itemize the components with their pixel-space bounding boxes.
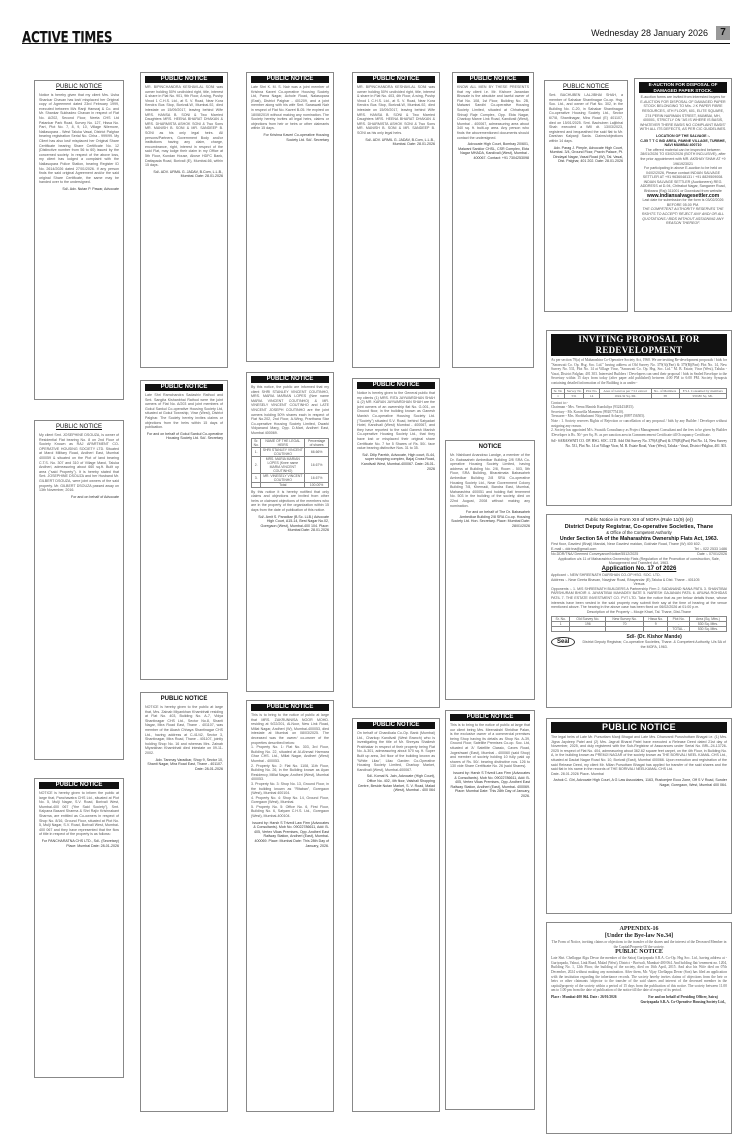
notice-signature: Sd/- ADV. URMIL G. JADAV, B.Com, L.L.B.,… <box>145 170 223 179</box>
notice-kishore-bhosale: PUBLIC NOTICE KNOW ALL MEN BY THESE PRES… <box>452 72 534 368</box>
notice-krishna-kaveri: PUBLIC NOTICE Late Shri K. M. S. Nair wa… <box>246 72 334 362</box>
salvage-location: C-55 T T C IND AREA, PAWNE VILLAGE, TURB… <box>639 139 727 148</box>
notice-body: E-auction forms are invited from interes… <box>639 95 727 132</box>
notice-lost-agreement: PUBLIC NOTICE Notice is hereby given tha… <box>34 80 124 400</box>
notice-body: Late Shri. Chellappa Algu Devar the memb… <box>551 956 727 993</box>
notice-body-continued: By this notice it is hereby notified tha… <box>251 490 329 513</box>
notice-body: KNOW ALL MEN BY THESE PRESENTS that my c… <box>457 85 529 140</box>
notice-body: Notice is hereby given to the General pu… <box>357 391 435 451</box>
notice-josephine-dsouza: PUBLIC NOTICE My client Smt. JOSEPHINE D… <box>34 420 124 760</box>
notice-white-lilac: PUBLIC NOTICE On behalf of Chandkala Co-… <box>352 718 440 1112</box>
notice-signature: Adv. Parag J. Pimple, Advocate High Cour… <box>549 146 623 164</box>
notice-signature: Ashok C. Giri, Advocate High Court, A G … <box>551 778 727 787</box>
e-auction-notice: E-AUCTION FOR DISPOSAL OF DAMAGED PAPER … <box>634 78 732 312</box>
notice-title: PUBLIC NOTICE <box>450 714 530 721</box>
notice-signature: Sd/- Dilip Parekh, Advocate, High court,… <box>357 453 435 471</box>
notice-meenakshi-palan: PUBLIC NOTICE This is to bring to the no… <box>445 710 535 1110</box>
property-list: 1. Property No. 1: Flat No. 303, 3rd Flo… <box>251 745 329 819</box>
notice-body: Late Shri Ramchandra Sadashiv Rathod and… <box>145 393 223 430</box>
notice-body: Late Shri K. M. S. Nair was a joint memb… <box>251 85 329 131</box>
society-synopsis-table: Sr. No Survey No Plot No. Area of Land a… <box>551 388 727 399</box>
date-place: Date- 28.01.2026 Place- Mumbai <box>551 772 727 777</box>
inspection-info: The offered material can be inspected be… <box>639 148 727 166</box>
notice-body: By this notice, the public are informed … <box>251 385 329 436</box>
notice-title: PUBLIC NOTICE <box>551 949 727 956</box>
notice-title: PUBLIC NOTICE <box>551 722 727 733</box>
list-item: 2. Property No. 2: Flat No. 1108, 11th F… <box>251 764 329 782</box>
notice-body: MR. BIPINCHANDRA KESHAVLAL SONI was owne… <box>357 85 435 136</box>
table-header: Percentage of shares <box>305 438 329 447</box>
notice-signature: Adv. Tanmay Varadkar, Shop 9, Sector 10,… <box>145 758 223 772</box>
notice-body: My client Smt. JOSEPHINE DSOUZA, is owne… <box>39 433 119 493</box>
notice-zainab-khambhati: PUBLIC NOTICE NOTICE is hereby given to … <box>140 692 228 1112</box>
list-item: 4. Property No. 4: Shop No. 14, Ground F… <box>251 796 329 805</box>
notice-appendix-16-sairaj: APPENDIX-16 [Under the Bye-law No.34] Th… <box>546 922 732 1134</box>
notice-title: PUBLIC NOTICE <box>39 424 119 431</box>
notice-ganesh-manish-chs: PUBLIC NOTICE Notice is hereby given to … <box>352 378 440 708</box>
notice-title: PUBLIC NOTICE <box>549 84 623 91</box>
notice-title: PUBLIC NOTICE <box>357 382 435 389</box>
notice-title: PUBLIC NOTICE <box>145 76 223 83</box>
table-row: 1 531 14 1024.32 Sq. Mt. 38 950.80 Sq. M… <box>552 393 727 398</box>
notice-bachuben-shah: PUBLIC NOTICE Smt. BACHUBEN LALJIBHAI SH… <box>544 80 628 312</box>
notice-signature: Sd/- ADV. URMIL G. JADAV, B.Com, L.L.B.,… <box>357 138 435 147</box>
notice-title: PUBLIC NOTICE <box>251 376 329 383</box>
notice-body: This is to bring to the notice of public… <box>251 713 329 745</box>
notice-signature: For and on behalf of The Dr. Babasaheb A… <box>450 510 530 528</box>
notice-body: MR. BIPINCHANDRA KESHAVLAL SONI was owne… <box>145 85 223 168</box>
office-email: E-mail :- ddr.tna@gmail.com <box>551 547 596 552</box>
table-header: Sr. No. <box>252 438 261 447</box>
notice-coutinho-legal-heirs: PUBLIC NOTICE By this notice, the public… <box>246 372 334 692</box>
notice-title: PUBLIC NOTICE <box>39 84 119 91</box>
property-description: Description of the Property :- Mouje Kha… <box>551 610 727 615</box>
table-row: 3. MR. VINESELY VINCENT COUTINHO 16.67% <box>252 473 329 482</box>
property-table: Sr. No. Old Survey No. New Survey No. Hi… <box>551 616 727 632</box>
notice-gokul-sankul: PUBLIC NOTICE Late Shri Ramchandra Sadas… <box>140 380 228 680</box>
mofa-form-xiii-notice: Public Notice in Form XIII of MOFA (Rule… <box>546 514 732 708</box>
table-row: 1. SHRI STANLEY VINCENT COUTINHO 66.66% <box>252 447 329 456</box>
signatory-title: District Deputy Registrar, Co-operative … <box>581 640 727 649</box>
table-row: 2. MRS. MARIA MARIAN LOPES (Knee name MA… <box>252 456 329 473</box>
appendix-title: APPENDIX-16 <box>551 926 727 933</box>
masthead: ACTIVE TIMES Wednesday 28 January 2026 7 <box>22 28 730 44</box>
page-number: 7 <box>716 26 730 40</box>
notice-pancharatna-chs: PUBLIC NOTICE NOTICE is hereby given to … <box>34 778 124 1078</box>
notice-title: PUBLIC NOTICE <box>251 704 329 711</box>
note-2: 2. Society has appointed M/s. Swastik Co… <box>551 428 727 437</box>
notice-body: The legal heirs of Late Mr. Pursottam Ma… <box>551 735 727 772</box>
notice-title: PUBLIC NOTICE <box>357 722 435 729</box>
notice-title: E-AUCTION FOR DISPOSAL OF DAMAGED PAPER … <box>639 82 727 93</box>
submission-deadline: Last date for submission for the form is… <box>639 198 727 207</box>
issue-date: Wednesday 28 January 2026 <box>591 28 708 38</box>
notice-title: PUBLIC NOTICE <box>39 782 119 789</box>
notice-body: On behalf of Chandkala Co-Op. Bank (Mumb… <box>357 731 435 772</box>
notice-title: PUBLIC NOTICE <box>145 696 223 703</box>
appendix-subtitle: The Form of Notice, inviting claims or o… <box>551 940 727 949</box>
office-tel: Tel :- 022 2533 1486 <box>694 547 727 552</box>
notice-body: Smt. BACHUBEN LALJIBHAI SHAH, a member o… <box>549 93 623 144</box>
bye-law-reference: [Under the Bye-law No.34] <box>551 933 727 940</box>
notice-signature: For Krishna Kaveri Co-operative Housing … <box>251 133 329 142</box>
legal-heirs-table: Sr. No. NAME OF THE LEGAL HEIRS Percenta… <box>251 438 329 488</box>
notice-landge-sra: NOTICE Mr. Nishikant Anandrao Landge, a … <box>445 440 535 700</box>
table-row: TOTAL - 530 Sq. Mtrs. <box>552 627 727 632</box>
notice-body: NOTICE is hereby given to inform the pub… <box>39 791 119 837</box>
table-row: Total 100.00% <box>252 482 329 487</box>
note-1: Note : 1. Society reserves Rights of Rej… <box>551 419 727 428</box>
newspaper-logo: ACTIVE TIMES <box>22 28 112 46</box>
notice-signature: For and on behalf of Presiding Officer, … <box>639 995 727 1004</box>
notice-zakrunnisa-noor-mohd: PUBLIC NOTICE This is to bring to the no… <box>246 700 334 1112</box>
notice-soni-flat-403: PUBLIC NOTICE MR. BIPINCHANDRA KESHAVLAL… <box>352 72 440 368</box>
notice-soni-flat-901: PUBLIC NOTICE MR. BIPINCHANDRA KESHAVLAL… <box>140 72 228 368</box>
redevelopment-proposal-notice: INVITING PROPOSAL FOR REDEVELOPMENT As p… <box>546 330 732 506</box>
notice-signature: Issued by: Harsh S Trivedi Law Firm (Adv… <box>450 771 530 799</box>
notice-signature: For PANCHARATNA CHS LTD., Sd/- (Secretar… <box>39 839 119 848</box>
notice-title: PUBLIC NOTICE <box>357 76 435 83</box>
notice-body: Mr. Nishikant Anandrao Landge, a member … <box>450 453 530 508</box>
notice-signature: For and on behalf of Gokul Sankul Co-ope… <box>145 432 223 441</box>
notice-body: As per section 79(a) of Maharashtra Co-O… <box>551 358 727 386</box>
list-item: 1. Property No. 1: Flat No. 303, 3rd Flo… <box>251 745 329 763</box>
opponents: Opponents :- 1. M/S SHREENATH BUILDERS A… <box>551 587 727 610</box>
seal-stamp: Seal <box>551 637 575 648</box>
notice-body: Notice is hereby given that my client Mr… <box>39 93 119 185</box>
notice-body: This is to bring to the notice of public… <box>450 723 530 769</box>
notice-title: PUBLIC NOTICE <box>251 76 329 83</box>
application-title: Application No. 17 of 2026 <box>551 566 727 573</box>
participation-info: For participating in above E-auction to … <box>639 166 727 180</box>
place-date: Place : Mumbai-400 064. Date : 26/01/202… <box>551 995 617 1004</box>
notice-signature: Sd/- Amit S. Paradkar (B.Sc. LLB.) Advoc… <box>251 515 329 533</box>
list-item: 3. Property No. 3: Shop No. 13, Ground F… <box>251 782 329 796</box>
table-header: NAME OF THE LEGAL HEIRS <box>261 438 305 447</box>
notice-body: NOTICE is hereby given to the public at … <box>145 705 223 756</box>
notice-title: NOTICE <box>450 444 530 451</box>
auctioneer-address: INDIAN SALVAGE SETTLER (Auctioneers) REG… <box>639 180 727 194</box>
notice-signature: For and on behalf of Advocate <box>39 495 119 500</box>
notice-signature: Sd/- Komal N. Jain, Advocate (High Court… <box>357 774 435 792</box>
disclaimer: THE COMPETENT AUTHORITY RESERVES THE RIG… <box>639 207 727 225</box>
list-item: 5. Property No. 5: Office No. 6, First F… <box>251 805 329 819</box>
notice-title: INVITING PROPOSAL FOR REDEVELOPMENT <box>551 334 727 356</box>
notice-signature: Sd/- SARASWATI CO. OP. HSG. SOC. LTD. Ad… <box>551 439 727 448</box>
notice-title: PUBLIC NOTICE <box>457 76 529 83</box>
notice-bhagat-release-deed: PUBLIC NOTICE The legal heirs of Late Mr… <box>546 718 732 914</box>
act-line: Application u/s 11 of Maharashtra Owners… <box>551 557 727 566</box>
notice-signature: Sd/- Adv. Nutan P. Pawar, Advocate <box>39 187 119 192</box>
notice-signature: Advocate High Court, Bombay 20/601, Malw… <box>457 142 529 160</box>
notice-signature: Issued by: Harsh S Trivedi Law Firm (Adv… <box>251 821 329 849</box>
notice-title: PUBLIC NOTICE <box>145 384 223 391</box>
